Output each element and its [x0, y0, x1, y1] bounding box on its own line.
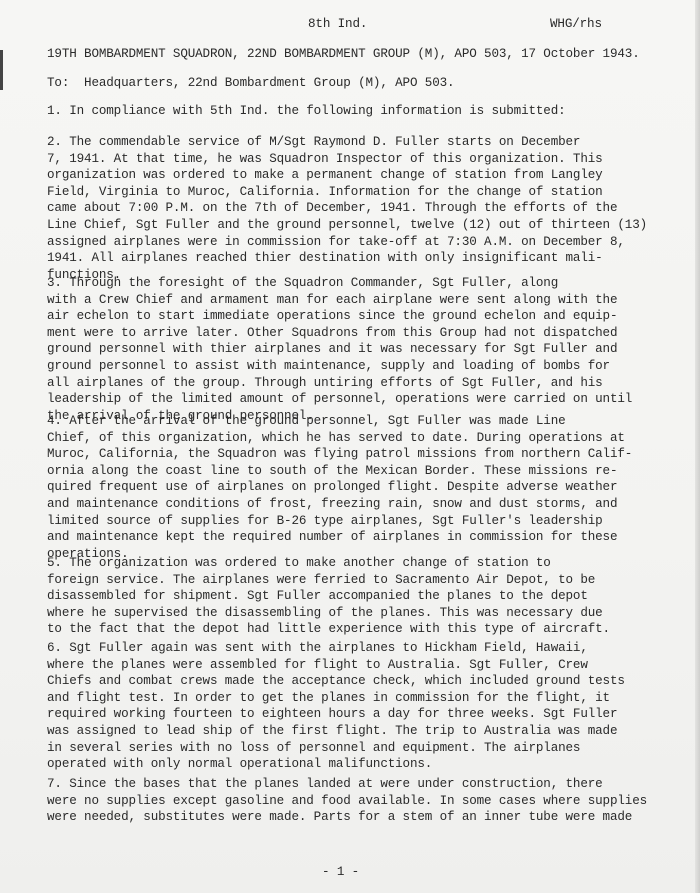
paragraph-7: 7. Since the bases that the planes lande…: [47, 776, 647, 826]
scan-edge-mark: [0, 50, 3, 90]
paragraph-4: 4. After the arrival of the ground perso…: [47, 413, 647, 562]
page-number: - 1 -: [322, 864, 359, 880]
paragraph-3: 3. Through the foresight of the Squadron…: [47, 275, 647, 424]
document-page: 8th Ind. WHG/rhs 19TH BOMBARDMENT SQUADR…: [0, 0, 700, 893]
paragraph-5: 5. The organization was ordered to make …: [47, 555, 647, 638]
from-line: 19TH BOMBARDMENT SQUADRON, 22ND BOMBARDM…: [47, 46, 640, 62]
paragraph-2: 2. The commendable service of M/Sgt Raym…: [47, 134, 647, 283]
paragraph-6: 6. Sgt Fuller again was sent with the ai…: [47, 640, 647, 773]
to-line: To: Headquarters, 22nd Bombardment Group…: [47, 75, 454, 91]
paragraph-1: 1. In compliance with 5th Ind. the follo…: [47, 103, 647, 120]
reference-initials: WHG/rhs: [550, 16, 602, 32]
page-edge-shadow: [695, 0, 700, 893]
indorsement-label: 8th Ind.: [308, 16, 367, 32]
